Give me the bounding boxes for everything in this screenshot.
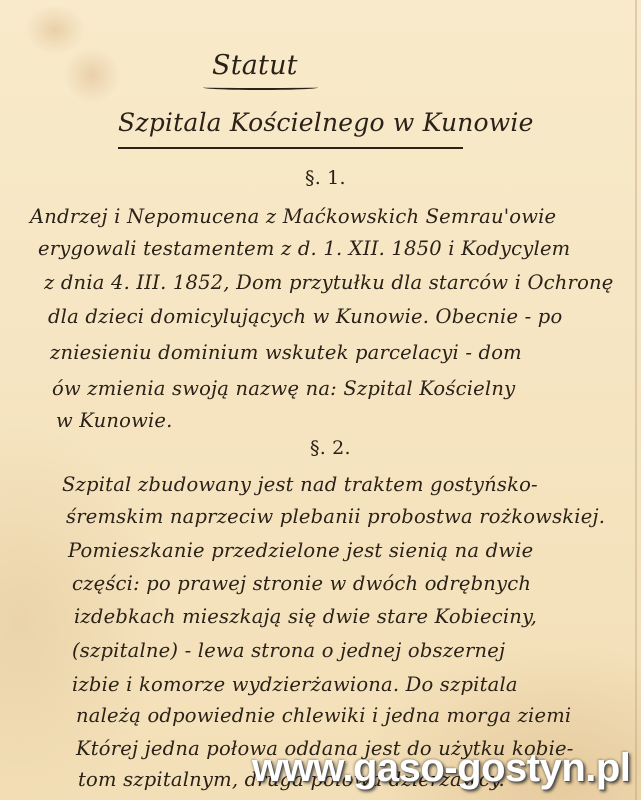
section-2-line: należą odpowiednie chlewiki i jedna morg… (76, 704, 571, 727)
scanned-document-page: Statut Szpitala Kościelnego w Kunowie §.… (0, 0, 641, 800)
section-2-line: Szpital zbudowany jest nad traktem gosty… (62, 473, 538, 496)
section-1-line: w Kunowie. (56, 409, 173, 432)
section-1-line: Andrzej i Nepomucena z Maćkowskich Semra… (30, 205, 556, 228)
section-2-line: izdebkach mieszkają się dwie stare Kobie… (74, 605, 537, 628)
section-2-mark: §. 2. (310, 437, 351, 459)
section-2-line: izbie i komorze wydzierżawiona. Do szpit… (72, 673, 518, 696)
section-1-line: ów zmienia swoją nazwę na: Szpital Kości… (52, 377, 515, 400)
section-1-line: dla dzieci domicylujących w Kunowie. Obe… (48, 305, 562, 328)
section-1-line: zniesieniu dominium wskutek parcelacyi -… (50, 341, 522, 364)
paper-edge (635, 0, 637, 800)
section-1-line: erygowali testamentem z d. 1. XII. 1850 … (38, 237, 570, 260)
subtitle-underline (118, 144, 463, 149)
section-1-mark: §. 1. (305, 167, 346, 189)
section-1-line: z dnia 4. III. 1852, Dom przytułku dla s… (44, 271, 614, 294)
section-2-line: (szpitalne) - lewa strona o jednej obsze… (72, 639, 505, 662)
section-2-line: części: po prawej stronie w dwóch odrębn… (72, 572, 531, 595)
document-title: Statut (212, 50, 298, 81)
watermark-url: www.gaso-gostyn.pl (252, 746, 630, 791)
title-underline (203, 85, 318, 90)
section-2-line: śremskim naprzeciw plebanii probostwa ro… (66, 505, 605, 528)
section-2-line: Pomieszkanie przedzielone jest sienią na… (68, 539, 533, 562)
document-subtitle: Szpitala Kościelnego w Kunowie (118, 108, 534, 137)
